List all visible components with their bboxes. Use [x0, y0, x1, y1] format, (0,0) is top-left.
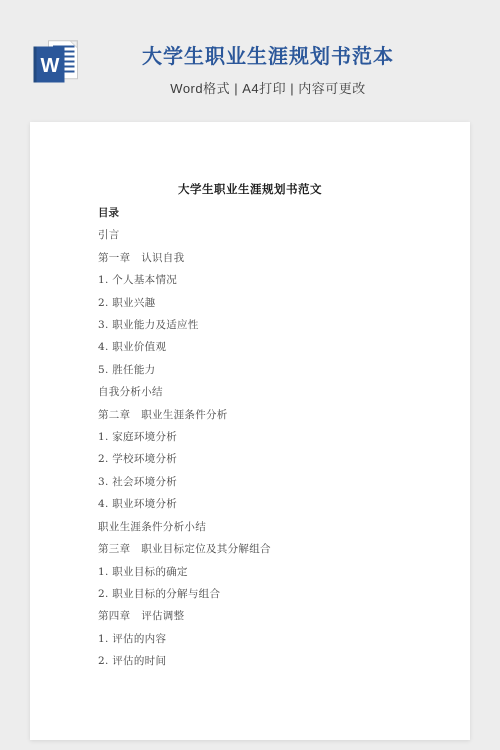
toc-line: 第三章 职业目标定位及其分解组合	[98, 538, 470, 560]
toc-line: 自我分析小结	[98, 381, 470, 403]
template-title: 大学生职业生涯规划书范本	[36, 46, 500, 68]
table-of-contents: 目录 引言第一章 认识自我1. 个人基本情况2. 职业兴趣3. 职业能力及适应性…	[30, 200, 470, 673]
template-subtitle: Word格式 | A4打印 | 内容可更改	[36, 78, 500, 97]
document-title: 大学生职业生涯规划书范文	[30, 178, 470, 200]
toc-line: 1. 评估的内容	[98, 628, 470, 650]
toc-line: 4. 职业价值观	[98, 336, 470, 358]
toc-line: 2. 评估的时间	[98, 650, 470, 672]
toc-line: 5. 胜任能力	[98, 359, 470, 381]
toc-line: 第一章 认识自我	[98, 247, 470, 269]
toc-heading: 目录	[98, 202, 470, 224]
header: W 大学生职业生涯规划书范本 Word格式 | A4打印 | 内容可更改	[0, 0, 500, 122]
toc-list: 引言第一章 认识自我1. 个人基本情况2. 职业兴趣3. 职业能力及适应性4. …	[98, 224, 470, 672]
toc-line: 2. 职业兴趣	[98, 292, 470, 314]
toc-line: 引言	[98, 224, 470, 246]
toc-line: 第四章 评估调整	[98, 605, 470, 627]
toc-line: 1. 家庭环境分析	[98, 426, 470, 448]
toc-line: 3. 职业能力及适应性	[98, 314, 470, 336]
toc-line: 4. 职业环境分析	[98, 493, 470, 515]
document-page: 大学生职业生涯规划书范文 目录 引言第一章 认识自我1. 个人基本情况2. 职业…	[30, 122, 470, 740]
toc-line: 2. 职业目标的分解与组合	[98, 583, 470, 605]
toc-line: 2. 学校环境分析	[98, 448, 470, 470]
toc-line: 3. 社会环境分析	[98, 471, 470, 493]
toc-line: 职业生涯条件分析小结	[98, 516, 470, 538]
toc-line: 第二章 职业生涯条件分析	[98, 404, 470, 426]
toc-line: 1. 个人基本情况	[98, 269, 470, 291]
header-text: 大学生职业生涯规划书范本 Word格式 | A4打印 | 内容可更改	[0, 46, 500, 97]
toc-line: 1. 职业目标的确定	[98, 561, 470, 583]
